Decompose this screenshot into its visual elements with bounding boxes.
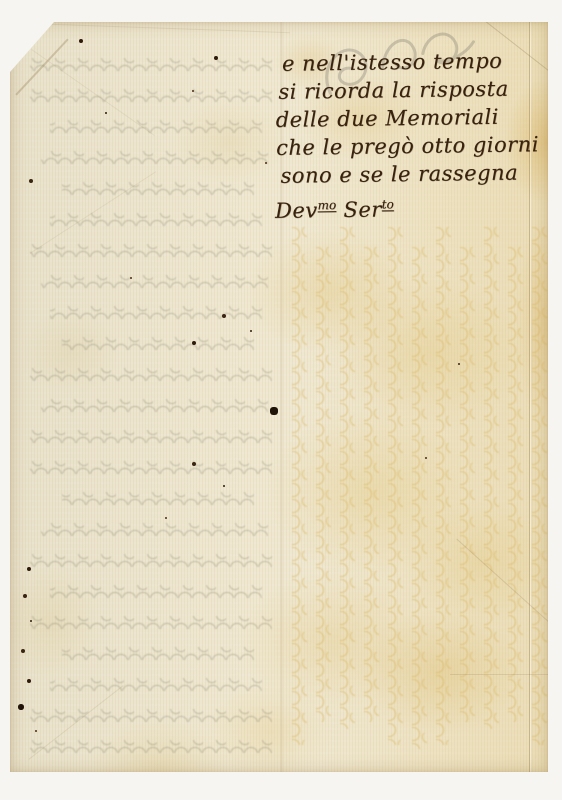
offset-ink-line (412, 247, 427, 749)
bleedthrough-line (62, 182, 254, 195)
bleedthrough-line (30, 368, 272, 381)
offset-ink-line (508, 247, 523, 722)
bleedthrough-line (62, 492, 254, 505)
bleedthrough-line (62, 337, 254, 350)
closing-abbrev: Ser (336, 197, 382, 222)
offset-ink-line (436, 227, 451, 745)
bleedthrough-line (30, 430, 272, 443)
letter-text: e nell'istesso tempo si ricorda la rispo… (275, 46, 549, 225)
bleedthrough-line (50, 585, 262, 598)
bleedthrough-line (50, 678, 262, 691)
bleedthrough-line (30, 244, 272, 257)
bleedthrough-text (20, 58, 272, 771)
bleedthrough-line (41, 151, 268, 164)
bleedthrough-line (30, 740, 272, 753)
bleedthrough-line (50, 306, 262, 319)
closing-abbrev: Dev (275, 198, 318, 223)
bleedthrough-line (30, 89, 272, 102)
offset-ink-line (484, 227, 499, 729)
offset-ink-line (340, 227, 355, 729)
bleedthrough-line (30, 709, 272, 722)
offset-ink-line (316, 247, 331, 722)
offset-ink-line (292, 227, 307, 745)
offset-ink-column (283, 227, 547, 767)
fold-crease-bottom-right-horizontal (450, 674, 548, 675)
letter-line: sono e se le rassegna (280, 158, 548, 190)
scanner-background: e nell'istesso tempo si ricorda la rispo… (0, 0, 562, 800)
letter-closing: Devmo Serto (275, 188, 549, 225)
bleedthrough-line (41, 399, 268, 412)
letter-line: e nell'istesso tempo (282, 46, 547, 78)
bleedthrough-line (30, 58, 272, 71)
fold-crease-top (50, 24, 290, 33)
offset-ink-line (364, 247, 379, 722)
bleedthrough-line (41, 523, 268, 536)
bleedthrough-line (30, 461, 272, 474)
offset-ink-line (388, 227, 403, 745)
bleedthrough-line (30, 616, 272, 629)
closing-superscript: mo (318, 198, 337, 212)
bleedthrough-line (41, 275, 268, 288)
closing-superscript: to (382, 197, 394, 211)
letter-line: delle due Memoriali (276, 102, 548, 134)
ink-specks (10, 22, 12, 24)
offset-ink-line (460, 247, 475, 722)
bleedthrough-line (62, 647, 254, 660)
letter-line: che le pregò otto giorni (276, 130, 548, 162)
letter-line: si ricorda la risposta (278, 74, 547, 106)
manuscript-page: e nell'istesso tempo si ricorda la rispo… (10, 22, 548, 772)
bleedthrough-line (30, 554, 272, 567)
bleedthrough-line (50, 120, 262, 133)
offset-ink-line (532, 227, 547, 745)
